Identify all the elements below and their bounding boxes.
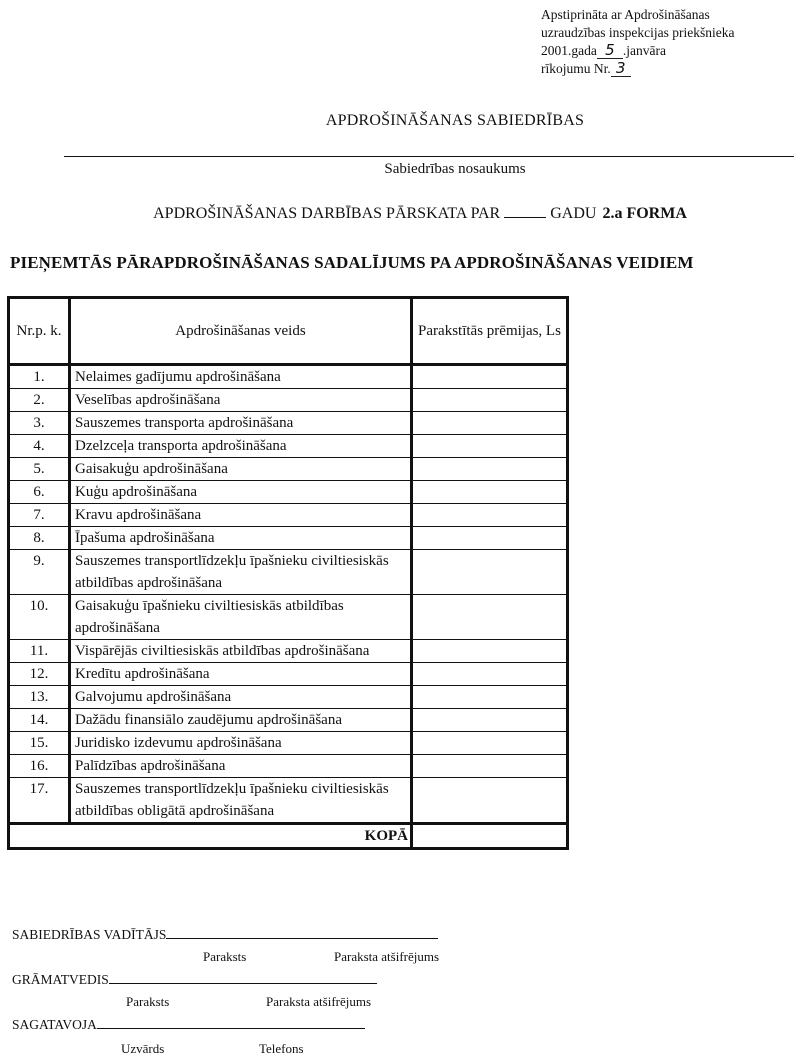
signature-head-field[interactable] [166,938,438,939]
company-title: APDROŠINĀŠANAS SABIEDRĪBAS [0,112,800,130]
row-insurance-type: Īpašuma apdrošināšana [70,527,412,550]
row-premium-cell[interactable] [412,412,568,435]
row-premium-cell[interactable] [412,458,568,481]
row-number: 6. [9,481,70,504]
row-premium-cell[interactable] [412,527,568,550]
row-premium-cell[interactable] [412,389,568,412]
column-header-premiums: Parakstītās prēmijas, Ls [412,298,568,365]
row-premium-cell[interactable] [412,663,568,686]
table-row: 8.Īpašuma apdrošināšana [9,527,568,550]
signature-prepared: SAGATAVOJA [12,1017,365,1033]
row-insurance-type: Sauszemes transportlīdzekļu īpašnieku ci… [70,778,412,824]
table-row: 6.Kuģu apdrošināšana [9,481,568,504]
row-insurance-type: Dažādu finansiālo zaudējumu apdrošināšan… [70,709,412,732]
row-number: 14. [9,709,70,732]
table-row: 1.Nelaimes gadījumu apdrošināšana [9,365,568,389]
signature-head: SABIEDRĪBAS VADĪTĀJS [12,927,438,943]
row-insurance-type: Kravu apdrošināšana [70,504,412,527]
report-title-prefix: APDROŠINĀŠANAS DARBĪBAS PĀRSKATA PAR [153,205,500,222]
table-row: 12.Kredītu apdrošināšana [9,663,568,686]
table-row: 2.Veselības apdrošināšana [9,389,568,412]
signature-head-label: SABIEDRĪBAS VADĪTĀJS [12,927,166,942]
signature-prepared-field[interactable] [97,1028,365,1029]
row-number: 1. [9,365,70,389]
approval-day-field[interactable]: 5 [597,43,623,59]
signature-accountant-sub1: Paraksts [126,994,169,1010]
approval-note: Apstiprināta ar Apdrošināšanas uzraudzīb… [541,6,734,78]
approval-line-3: 2001.gada5.janvāra [541,42,734,60]
table-row: 11.Vispārējās civiltiesiskās atbildības … [9,640,568,663]
total-value-cell[interactable] [412,824,568,849]
row-insurance-type: Palīdzības apdrošināšana [70,755,412,778]
row-premium-cell[interactable] [412,732,568,755]
row-insurance-type: Veselības apdrošināšana [70,389,412,412]
row-insurance-type: Kredītu apdrošināšana [70,663,412,686]
row-premium-cell[interactable] [412,435,568,458]
company-name-field[interactable] [64,156,794,157]
section-title: PIEŅEMTĀS PĀRAPDROŠINĀŠANAS SADALĪJUMS P… [10,253,694,273]
row-premium-cell[interactable] [412,504,568,527]
signature-head-sub2: Paraksta atšifrējums [334,949,439,965]
row-number: 10. [9,595,70,640]
approval-date-prefix: 2001.gada [541,43,597,58]
report-year-field[interactable] [504,217,546,218]
row-number: 13. [9,686,70,709]
column-header-type: Apdrošināšanas veids [70,298,412,365]
row-premium-cell[interactable] [412,778,568,824]
table-row: 10.Gaisakuģu īpašnieku civiltiesiskās at… [9,595,568,640]
approval-order-prefix: rīkojumu Nr. [541,61,611,76]
row-premium-cell[interactable] [412,481,568,504]
row-insurance-type: Galvojumu apdrošināšana [70,686,412,709]
row-insurance-type: Gaisakuģu apdrošināšana [70,458,412,481]
row-premium-cell[interactable] [412,755,568,778]
row-premium-cell[interactable] [412,365,568,389]
approval-line-1: Apstiprināta ar Apdrošināšanas [541,6,734,24]
row-premium-cell[interactable] [412,640,568,663]
approval-line-4: rīkojumu Nr.3 [541,60,734,78]
signature-accountant-field[interactable] [109,983,377,984]
reinsurance-table: Nr.p. k. Apdrošināšanas veids Parakstītā… [7,296,569,850]
row-insurance-type: Juridisko izdevumu apdrošināšana [70,732,412,755]
signature-prepared-label: SAGATAVOJA [12,1017,97,1032]
form-label: 2.a FORMA [602,205,686,222]
row-number: 5. [9,458,70,481]
row-number: 2. [9,389,70,412]
row-number: 17. [9,778,70,824]
row-number: 4. [9,435,70,458]
row-premium-cell[interactable] [412,686,568,709]
row-number: 16. [9,755,70,778]
approval-order-number-field[interactable]: 3 [611,61,631,77]
row-number: 12. [9,663,70,686]
table-row: 14.Dažādu finansiālo zaudējumu apdrošinā… [9,709,568,732]
signature-accountant-label: GRĀMATVEDIS [12,972,109,987]
table-header-row: Nr.p. k. Apdrošināšanas veids Parakstītā… [9,298,568,365]
report-title: APDROŠINĀŠANAS DARBĪBAS PĀRSKATA PARGADU… [0,205,800,223]
signature-accountant: GRĀMATVEDIS [12,972,377,988]
report-title-suffix: GADU [550,205,596,222]
table-row: 16.Palīdzības apdrošināšana [9,755,568,778]
row-insurance-type: Sauszemes transportlīdzekļu īpašnieku ci… [70,550,412,595]
approval-date-suffix: .janvāra [623,43,666,58]
table-row: 3.Sauszemes transporta apdrošināšana [9,412,568,435]
row-insurance-type: Sauszemes transporta apdrošināšana [70,412,412,435]
row-number: 7. [9,504,70,527]
table-row: 15.Juridisko izdevumu apdrošināšana [9,732,568,755]
row-number: 3. [9,412,70,435]
signature-accountant-sub2: Paraksta atšifrējums [266,994,371,1010]
signature-prepared-sub1: Uzvārds [121,1041,164,1057]
table-row: 7.Kravu apdrošināšana [9,504,568,527]
row-number: 9. [9,550,70,595]
signature-prepared-sub2: Telefons [259,1041,304,1057]
row-insurance-type: Vispārējās civiltiesiskās atbildības apd… [70,640,412,663]
row-number: 15. [9,732,70,755]
table-row: 4.Dzelzceļa transporta apdrošināšana [9,435,568,458]
company-caption: Sabiedrības nosaukums [0,161,800,178]
row-insurance-type: Dzelzceļa transporta apdrošināšana [70,435,412,458]
row-premium-cell[interactable] [412,595,568,640]
approval-line-2: uzraudzības inspekcijas priekšnieka [541,24,734,42]
row-premium-cell[interactable] [412,709,568,732]
row-insurance-type: Gaisakuģu īpašnieku civiltiesiskās atbil… [70,595,412,640]
row-insurance-type: Nelaimes gadījumu apdrošināšana [70,365,412,389]
row-premium-cell[interactable] [412,550,568,595]
total-row: KOPĀ [9,824,568,849]
table-row: 13.Galvojumu apdrošināšana [9,686,568,709]
table-row: 17.Sauszemes transportlīdzekļu īpašnieku… [9,778,568,824]
row-insurance-type: Kuģu apdrošināšana [70,481,412,504]
row-number: 11. [9,640,70,663]
column-header-nr: Nr.p. k. [9,298,70,365]
row-number: 8. [9,527,70,550]
table-row: 5.Gaisakuģu apdrošināšana [9,458,568,481]
total-label: KOPĀ [9,824,412,849]
table-row: 9.Sauszemes transportlīdzekļu īpašnieku … [9,550,568,595]
signature-head-sub1: Paraksts [203,949,246,965]
